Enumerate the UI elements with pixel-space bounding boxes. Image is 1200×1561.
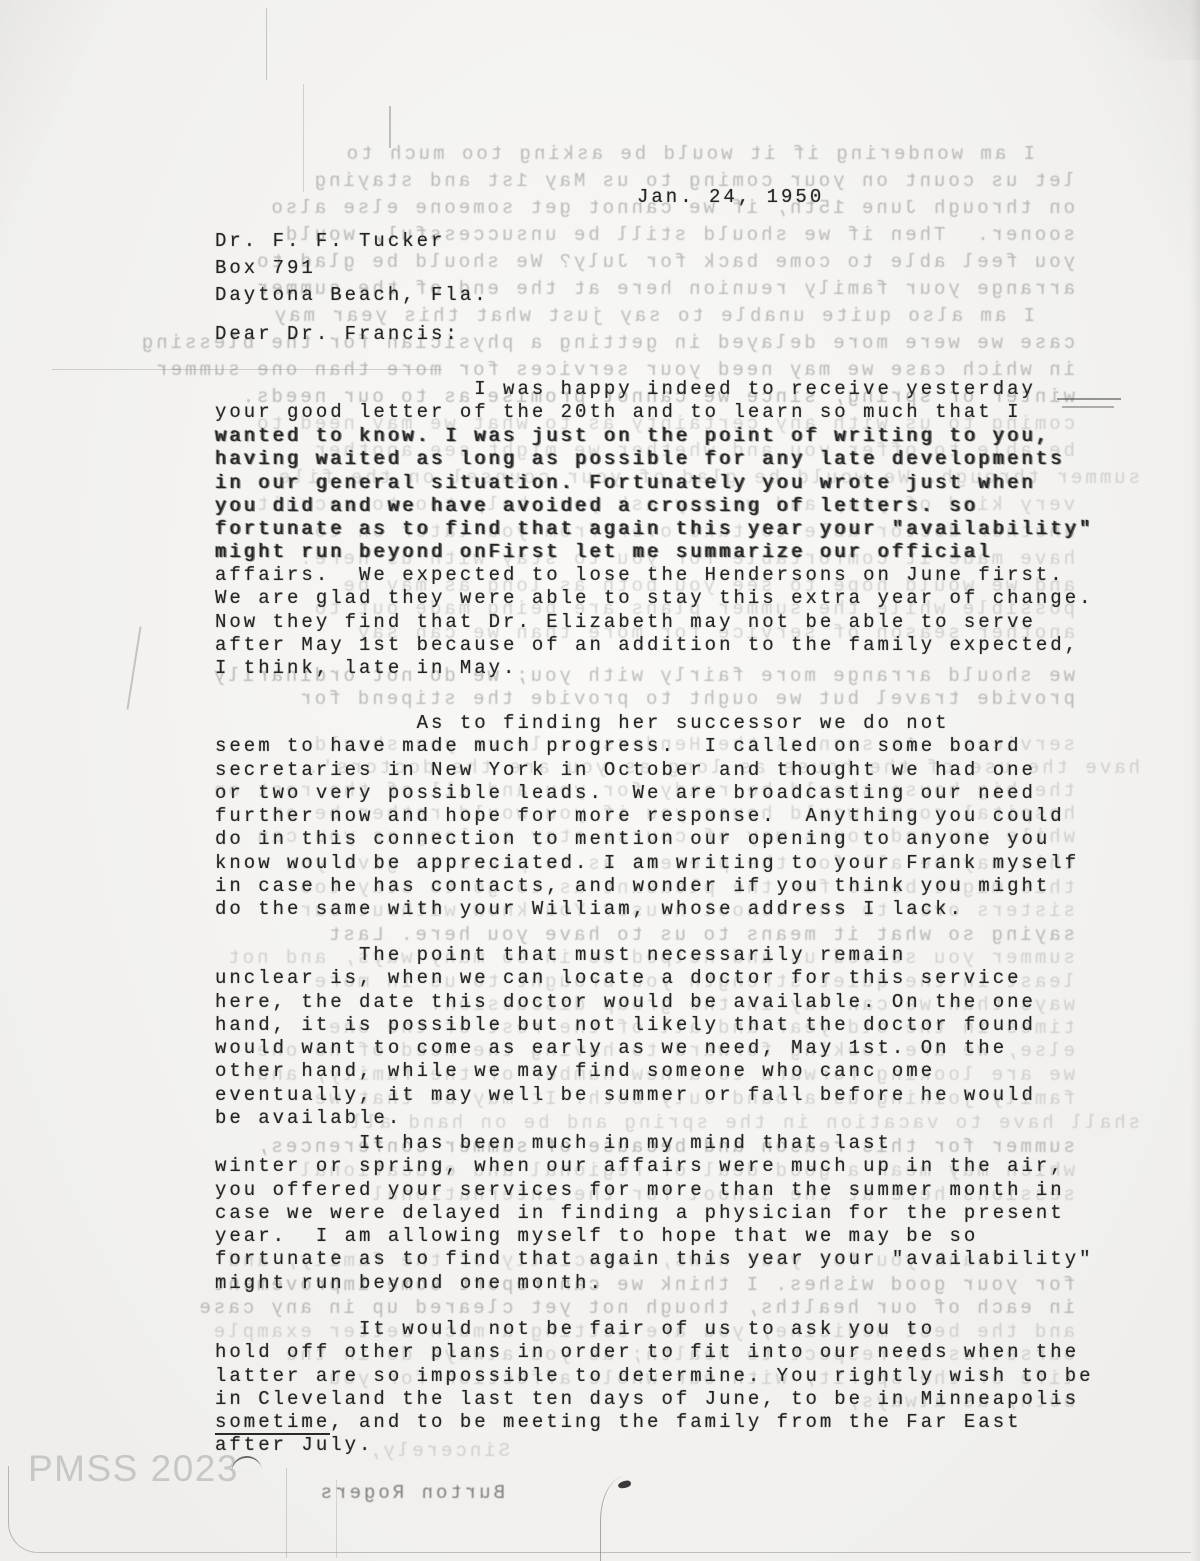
recipient-box: Box 791 (215, 257, 316, 280)
vertical-crease (336, 1480, 337, 1558)
paragraph-5-underline-line: sometime, and to be meeting the family f… (215, 1411, 1022, 1434)
vertical-crease (389, 106, 391, 148)
paragraph-2: As to finding her successor we do not se… (215, 712, 1079, 922)
top-right-shadow (1080, 0, 1200, 60)
paragraph-5-line-rest: , and to be meeting the family from the … (330, 1411, 1021, 1433)
bleed-text-line: you feel able to come back for July? We … (254, 251, 1075, 274)
bleed-text-line: provide travel but we ought to provide t… (297, 688, 1075, 711)
underlined-word: sometime (215, 1411, 330, 1435)
paragraph-1-doubled: wanted to know. I was just on the point … (215, 425, 1094, 565)
horizontal-crease (52, 369, 442, 370)
bleed-text-line: Burton Rogers (318, 1482, 505, 1505)
crease-curve-mark (600, 1476, 643, 1561)
scanned-letter-page: I am wondering if it would be asking too… (0, 0, 1200, 1561)
ink-speck (617, 1480, 631, 1490)
diagonal-scratch (126, 626, 141, 709)
horizontal-scratch-mark (1062, 406, 1114, 408)
paragraph-4: It has been much in my mind that last wi… (215, 1132, 1094, 1295)
bleed-text-line: I am wondering if it would be asking too… (344, 143, 1035, 166)
horizontal-scratch-mark (1057, 398, 1121, 400)
recipient-name: Dr. F. F. Tucker (215, 230, 445, 253)
salutation: Dear Dr. Francis: (215, 323, 460, 346)
bleed-text-line: in each of our healths, though not yet c… (196, 1297, 1075, 1320)
paragraph-3: The point that must necessarily remain u… (215, 944, 1036, 1130)
paragraph-5: It would not be fair of us to ask you to… (215, 1318, 1094, 1411)
paragraph-1-opening: I was happy indeed to receive yesterday … (215, 378, 1036, 425)
bleed-text-line: Sincerely, (366, 1440, 510, 1463)
vertical-crease (266, 8, 267, 80)
vertical-crease (286, 1468, 287, 1558)
letter-date: Jan. 24, 1950 (637, 186, 824, 209)
paragraph-1-closing: affairs. We expected to lose the Henders… (215, 564, 1094, 680)
right-edge-shadow (1190, 0, 1200, 1561)
archive-watermark: PMSS 2023 (28, 1448, 239, 1490)
recipient-city: Daytona Beach, Fla. (215, 284, 489, 307)
vertical-crease (303, 84, 304, 192)
